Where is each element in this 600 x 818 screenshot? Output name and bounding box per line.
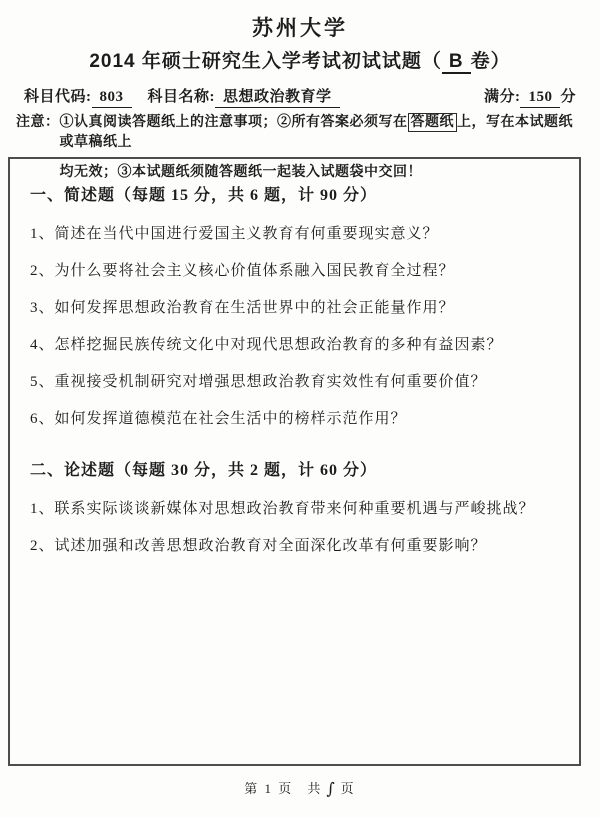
question: 2、试述加强和改善思想政治教育对全面深化改革有何重要影响？ xyxy=(30,535,561,557)
notice-line1-before: ①认真阅读答题纸上的注意事项；②所有答案必须写在 xyxy=(60,115,408,130)
full-score-info: 满分:150分 xyxy=(484,85,576,108)
university-title: 苏州大学 xyxy=(0,12,600,42)
question: 4、怎样挖掘民族传统文化中对现代思想政治教育的多种有益因素？ xyxy=(30,334,561,356)
question: 6、如何发挥道德模范在社会生活中的榜样示范作用？ xyxy=(30,408,561,430)
current-page: 第 1 页 xyxy=(244,778,293,797)
questions-box: 一、简述题（每题 15 分，共 6 题，计 90 分） 1、简述在当代中国进行爱… xyxy=(8,157,581,766)
section-1-heading: 一、简述题（每题 15 分，共 6 题，计 90 分） xyxy=(30,185,561,207)
question: 1、简述在当代中国进行爱国主义教育有何重要现实意义？ xyxy=(30,223,561,245)
exam-title: 2014 年硕士研究生入学考试初试试题（B卷） xyxy=(0,46,600,74)
subject-meta-row: 科目代码:803科目名称:思想政治教育学 满分:150分 xyxy=(0,85,600,108)
question: 2、为什么要将社会主义核心价值体系融入国民教育全过程？ xyxy=(30,260,561,282)
subject-code-value: 803 xyxy=(92,89,132,108)
section-short-answer: 一、简述题（每题 15 分，共 6 题，计 90 分） 1、简述在当代中国进行爱… xyxy=(30,185,561,430)
exam-paper-page: 苏州大学 2014 年硕士研究生入学考试初试试题（B卷） 科目代码:803科目名… xyxy=(0,0,600,818)
exam-title-prefix: 2014 年硕士研究生入学考试初试试题（ xyxy=(89,51,442,72)
full-score-value: 150 xyxy=(520,89,560,108)
section-essay: 二、论述题（每题 30 分，共 2 题，计 60 分） 1、联系实际谈谈新媒体对… xyxy=(30,460,561,557)
paper-letter: B xyxy=(442,52,471,74)
page-unit: 页 xyxy=(341,778,356,797)
page-footer: 第 1 页共∫页 xyxy=(0,778,600,797)
question: 5、重视接受机制研究对增强思想政治教育实效性有何重要价值？ xyxy=(30,371,561,393)
subject-info: 科目代码:803科目名称:思想政治教育学 xyxy=(24,85,340,108)
total-pages-handwritten: ∫ xyxy=(322,779,340,798)
full-score-label: 满分: xyxy=(484,89,521,105)
question: 3、如何发挥思想政治教育在生活世界中的社会正能量作用？ xyxy=(30,297,561,319)
exam-title-suffix: 卷） xyxy=(471,51,511,72)
notice-line-1: ①认真阅读答题纸上的注意事项；②所有答案必须写在答题纸上，写在本试题纸或草稿纸上 xyxy=(60,113,587,153)
notice-boxed-word: 答题纸 xyxy=(408,113,458,132)
subject-name-label: 科目名称: xyxy=(148,89,216,105)
total-pages-label: 共 xyxy=(307,778,322,797)
subject-code-label: 科目代码: xyxy=(24,89,92,105)
question: 1、联系实际谈谈新媒体对思想政治教育带来何种重要机遇与严峻挑战？ xyxy=(30,498,561,520)
section-2-heading: 二、论述题（每题 30 分，共 2 题，计 60 分） xyxy=(30,460,561,482)
full-score-unit: 分 xyxy=(560,89,576,105)
subject-name-value: 思想政治教育学 xyxy=(215,85,340,108)
